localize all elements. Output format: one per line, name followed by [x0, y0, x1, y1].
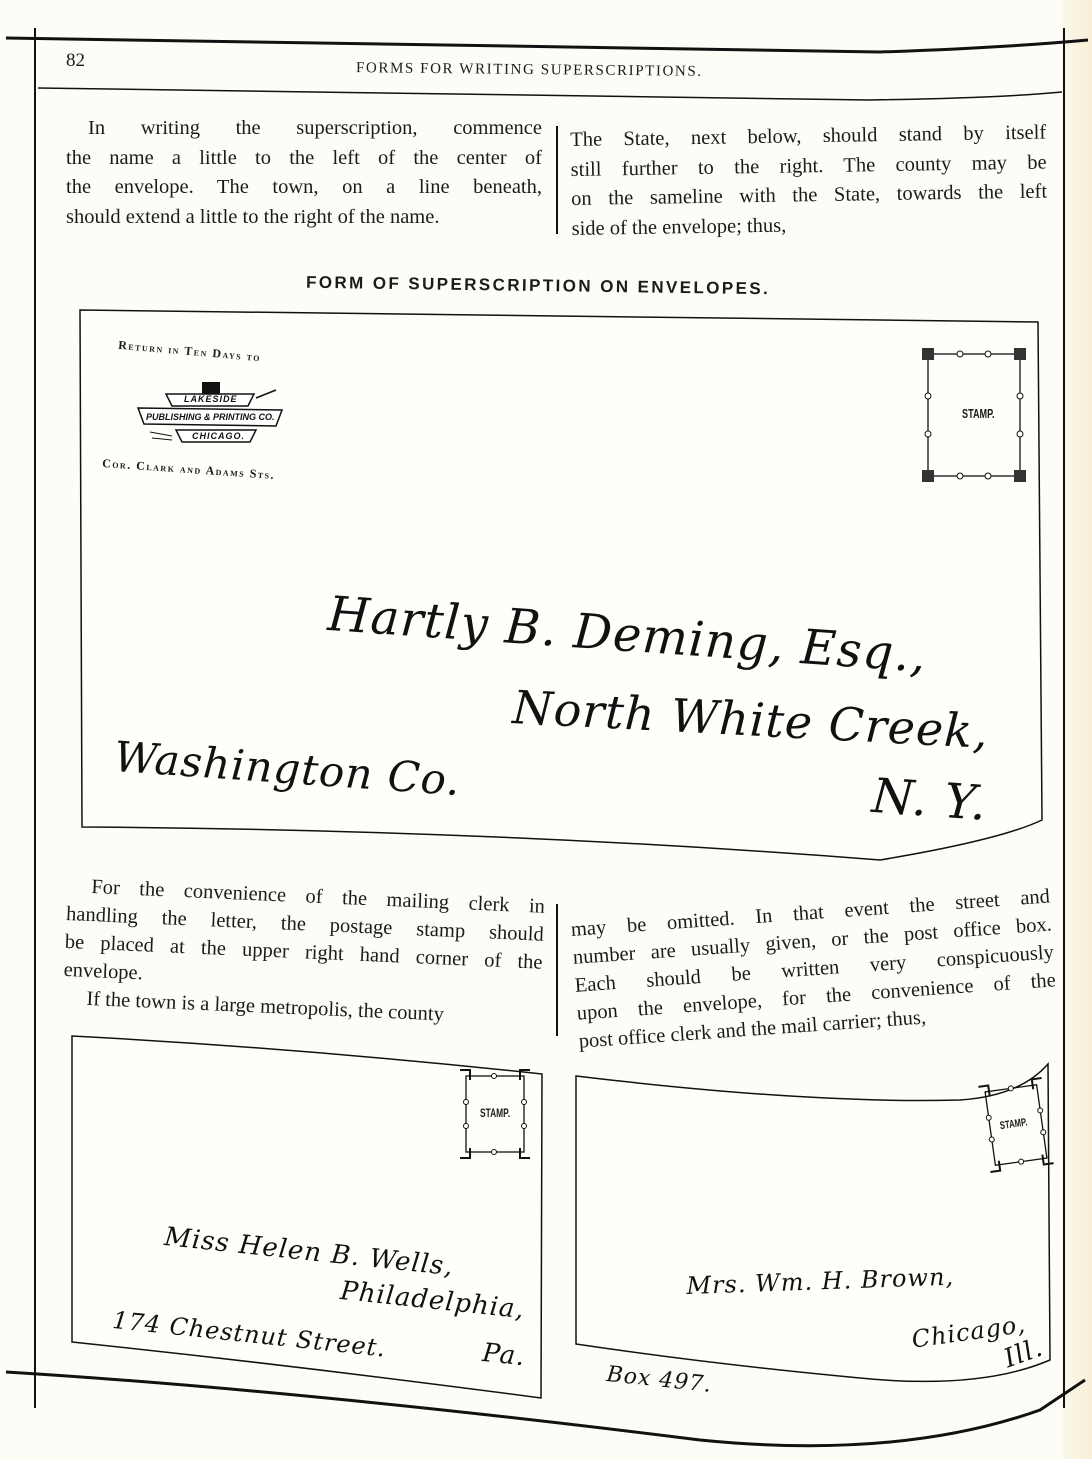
- text-line: In writing the superscription, commence: [66, 114, 542, 144]
- middle-left-column: For the convenience of the mailing clerk…: [62, 872, 546, 1033]
- header-bottom-rule: [0, 80, 1092, 110]
- intro-right-column: The State, next below, should stand by i…: [570, 119, 1048, 244]
- stamp-box: STAMP.: [978, 1076, 1054, 1174]
- stamp-box: STAMP.: [920, 346, 1028, 484]
- page-number: 82: [66, 50, 85, 72]
- column-divider: [556, 126, 558, 234]
- stamp-label: STAMP.: [480, 1106, 510, 1120]
- middle-right-column: may be omitted. In that event the street…: [570, 883, 1059, 1056]
- column-divider: [556, 904, 558, 1036]
- section-title: FORM OF SUPERSCRIPTION ON ENVELOPES.: [306, 273, 770, 299]
- running-head: FORMS FOR WRITING SUPERSCRIPTIONS.: [356, 60, 703, 81]
- logo-line-2: PUBLISHING & PRINTING CO.: [146, 412, 275, 422]
- header-top-rule: [0, 30, 1092, 60]
- logo-line-3: CHICAGO.: [192, 431, 245, 441]
- logo-line-1: LAKESIDE: [184, 394, 238, 404]
- text-line: the name a little to the left of the cen…: [66, 144, 542, 174]
- intro-left-column: In writing the superscription, commence …: [66, 114, 542, 232]
- stamp-label: STAMP.: [962, 406, 995, 421]
- publisher-logo: LAKESIDE PUBLISHING & PRINTING CO. CHICA…: [136, 380, 286, 456]
- stamp-box: STAMP.: [458, 1068, 532, 1160]
- text-line: the envelope. The town, on a line beneat…: [66, 173, 542, 203]
- addressee-state: N. Y.: [870, 768, 989, 832]
- footer-rule: [0, 1360, 1092, 1459]
- text-line: should extend a little to the right of t…: [66, 203, 542, 233]
